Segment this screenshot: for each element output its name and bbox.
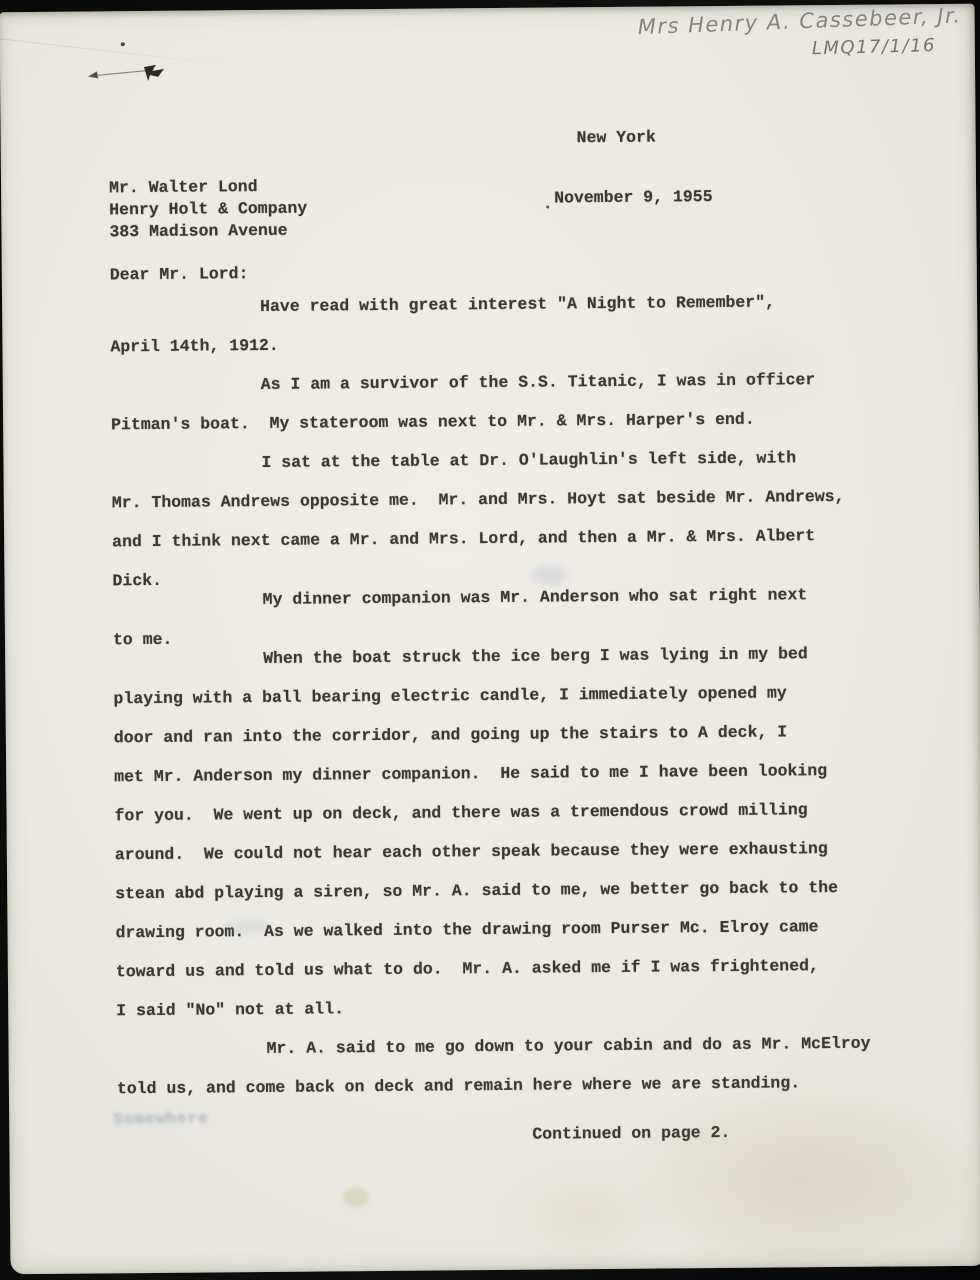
letter-line-text: to me. bbox=[113, 630, 173, 650]
recipient-address: Mr. Walter LondHenry Holt & Company383 M… bbox=[109, 177, 308, 245]
letter-page: Mrs Henry A. Cassebeer, Jr. LMQ17/1/16 N… bbox=[0, 4, 980, 1274]
paper-stain bbox=[500, 1156, 671, 1272]
letter-line: drawing room. As we walked into the draw… bbox=[115, 916, 905, 943]
recipient-line: 383 Madison Avenue bbox=[109, 221, 307, 245]
letter-line-text: met Mr. Anderson my dinner companion. He… bbox=[114, 761, 827, 786]
handwritten-reference: LMQ17/1/16 bbox=[812, 35, 937, 59]
letter-line: for you. We went up on deck, and there w… bbox=[114, 799, 904, 826]
letter-line-text: Pitman's boat. My stateroom was next to … bbox=[111, 410, 755, 435]
letter-line-text: April 14th, 1912. bbox=[110, 336, 278, 356]
recipient-line: Mr. Walter Lond bbox=[109, 177, 307, 201]
letter-line: around. We could not hear each other spe… bbox=[115, 838, 905, 865]
letter-line-text: I sat at the table at Dr. O'Laughlin's l… bbox=[111, 448, 796, 474]
paper-stain bbox=[629, 1084, 971, 1272]
letter-line: April 14th, 1912. bbox=[110, 330, 900, 357]
handwritten-name: Mrs Henry A. Cassebeer, Jr. bbox=[637, 3, 962, 39]
letter-line-text: around. We could not hear each other spe… bbox=[115, 839, 828, 864]
letter-line-text: As I am a survivor of the S.S. Titanic, … bbox=[111, 370, 816, 396]
ink-speck bbox=[546, 205, 549, 208]
paper-stain bbox=[343, 1187, 369, 1207]
letter-line-text: Mr. Thomas Andrews opposite me. Mr. and … bbox=[112, 487, 845, 512]
letter-line-text: drawing room. As we walked into the draw… bbox=[115, 917, 818, 942]
letter-line: As I am a survivor of the S.S. Titanic, … bbox=[111, 369, 901, 396]
letter-line: toward us and told us what to do. Mr. A.… bbox=[116, 955, 906, 982]
letter-line: I said "No" not at all. bbox=[116, 994, 906, 1021]
letter-date: November 9, 1955 bbox=[554, 187, 713, 208]
dateline: New York November 9, 1955 bbox=[553, 87, 713, 248]
letter-body: Have read with great interest "A Night t… bbox=[110, 272, 907, 1099]
letter-line-text: I said "No" not at all. bbox=[116, 999, 344, 1020]
letter-line: and I think next came a Mr. and Mrs. Lor… bbox=[112, 525, 902, 552]
letter-line: Pitman's boat. My stateroom was next to … bbox=[111, 408, 901, 435]
letter-line: stean abd playing a siren, so Mr. A. sai… bbox=[115, 877, 905, 904]
letter-line-text: playing with a ball bearing electric can… bbox=[113, 683, 786, 708]
scanner-background: Mrs Henry A. Cassebeer, Jr. LMQ17/1/16 N… bbox=[0, 0, 980, 1280]
letter-place: New York bbox=[554, 127, 713, 148]
letter-line-text: toward us and told us what to do. Mr. A.… bbox=[116, 956, 819, 981]
letter-line: Mr. A. said to me go down to your cabin … bbox=[116, 1033, 906, 1060]
letter-line-text: Dick. bbox=[112, 571, 162, 590]
faded-stamp: Somewhere bbox=[113, 1109, 209, 1128]
letter-line: door and ran into the corridor, and goin… bbox=[114, 721, 904, 748]
letter-line-text: Have read with great interest "A Night t… bbox=[110, 293, 775, 319]
letter-line: met Mr. Anderson my dinner companion. He… bbox=[114, 760, 904, 787]
letter-line-text: Mr. A. said to me go down to your cabin … bbox=[116, 1034, 870, 1061]
recipient-line: Henry Holt & Company bbox=[109, 199, 307, 223]
letter-line-text: told us, and come back on deck and remai… bbox=[117, 1073, 800, 1098]
letter-line-text: stean abd playing a siren, so Mr. A. sai… bbox=[115, 878, 838, 903]
letter-line: told us, and come back on deck and remai… bbox=[117, 1072, 907, 1099]
pencil-arrow-mark bbox=[82, 55, 174, 90]
letter-line-text: and I think next came a Mr. and Mrs. Lor… bbox=[112, 526, 815, 551]
letter-line: I sat at the table at Dr. O'Laughlin's l… bbox=[111, 447, 901, 474]
letter-line: Have read with great interest "A Night t… bbox=[110, 291, 900, 318]
continuation-note: Continued on page 2. bbox=[532, 1123, 730, 1145]
letter-line: playing with a ball bearing electric can… bbox=[113, 682, 903, 709]
letter-line-text: door and ran into the corridor, and goin… bbox=[114, 722, 787, 747]
letter-line-text: for you. We went up on deck, and there w… bbox=[114, 800, 807, 825]
ink-speck bbox=[121, 42, 125, 46]
letter-line: Mr. Thomas Andrews opposite me. Mr. and … bbox=[112, 486, 902, 513]
